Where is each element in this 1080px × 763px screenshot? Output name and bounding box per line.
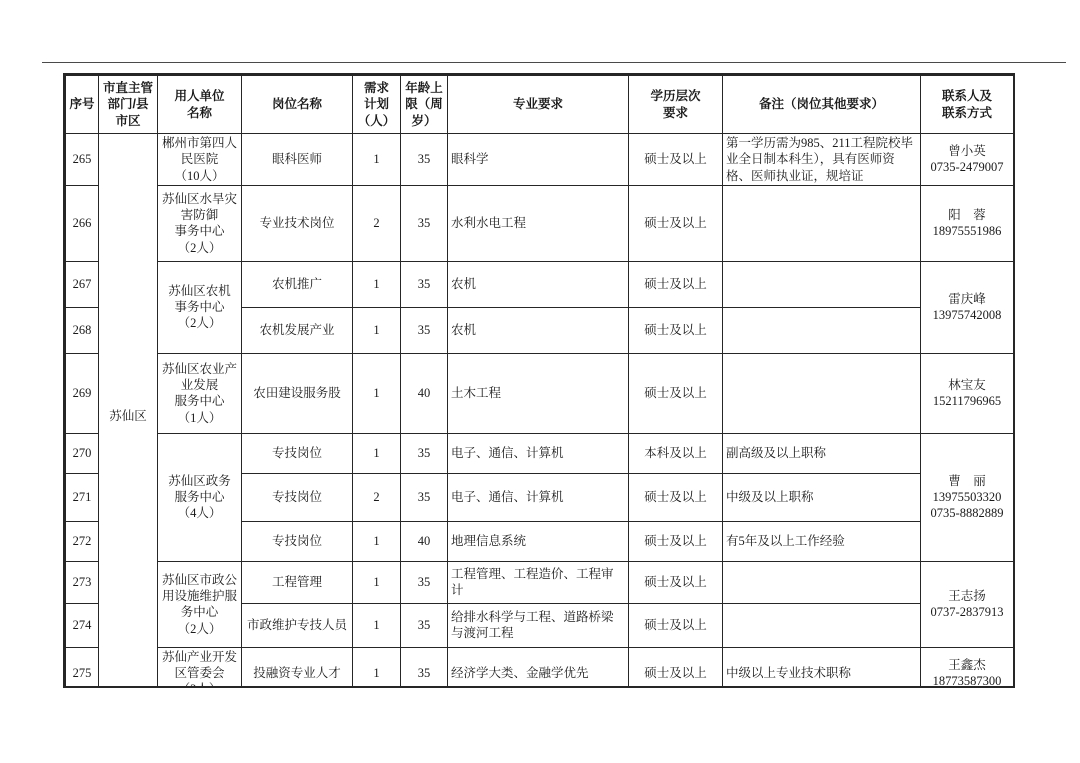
table-row: 269苏仙区农业产 业发展 服务中心 （1人）农田建设服务股140土木工程硕士及… bbox=[66, 353, 1014, 433]
cell-major: 农机 bbox=[448, 307, 629, 353]
col-header-edu: 学历层次 要求 bbox=[629, 76, 723, 134]
cell-age: 35 bbox=[401, 307, 448, 353]
cell-contact: 王鑫杰 18773587300 bbox=[921, 647, 1014, 688]
cell-position: 农机发展产业 bbox=[242, 307, 353, 353]
cell-seq: 272 bbox=[66, 521, 99, 561]
cell-major: 电子、通信、计算机 bbox=[448, 433, 629, 473]
cell-seq: 269 bbox=[66, 353, 99, 433]
cell-position: 投融资专业人才 bbox=[242, 647, 353, 688]
cell-seq: 273 bbox=[66, 561, 99, 603]
col-header-employer: 用人单位 名称 bbox=[158, 76, 242, 134]
cell-major: 地理信息系统 bbox=[448, 521, 629, 561]
header-row: 序号 市直主管 部门/县 市区 用人单位 名称 岗位名称 需求 计划 （人） 年… bbox=[66, 76, 1014, 134]
cell-plan: 2 bbox=[353, 185, 401, 261]
cell-edu: 硕士及以上 bbox=[629, 561, 723, 603]
cell-position: 工程管理 bbox=[242, 561, 353, 603]
cell-remark: 中级及以上职称 bbox=[723, 473, 921, 521]
cell-position: 专业技术岗位 bbox=[242, 185, 353, 261]
cell-plan: 2 bbox=[353, 473, 401, 521]
cell-age: 35 bbox=[401, 647, 448, 688]
cell-remark bbox=[723, 353, 921, 433]
cell-major: 水利水电工程 bbox=[448, 185, 629, 261]
cell-remark bbox=[723, 307, 921, 353]
cell-seq: 271 bbox=[66, 473, 99, 521]
cell-remark bbox=[723, 185, 921, 261]
table-header: 序号 市直主管 部门/县 市区 用人单位 名称 岗位名称 需求 计划 （人） 年… bbox=[66, 76, 1014, 134]
table-row: 270苏仙区政务 服务中心 （4人）专技岗位135电子、通信、计算机本科及以上副… bbox=[66, 433, 1014, 473]
cell-major: 给排水科学与工程、道路桥梁与渡河工程 bbox=[448, 603, 629, 647]
cell-remark: 有5年及以上工作经验 bbox=[723, 521, 921, 561]
document-page: 序号 市直主管 部门/县 市区 用人单位 名称 岗位名称 需求 计划 （人） 年… bbox=[0, 0, 1080, 763]
col-header-seq: 序号 bbox=[66, 76, 99, 134]
cell-position: 农田建设服务股 bbox=[242, 353, 353, 433]
cell-plan: 1 bbox=[353, 353, 401, 433]
col-header-age: 年龄上 限（周 岁） bbox=[401, 76, 448, 134]
cell-plan: 1 bbox=[353, 603, 401, 647]
cell-edu: 硕士及以上 bbox=[629, 521, 723, 561]
col-header-position: 岗位名称 bbox=[242, 76, 353, 134]
cell-remark: 副高级及以上职称 bbox=[723, 433, 921, 473]
cell-employer: 苏仙区市政公 用设施维护服 务中心 （2人） bbox=[158, 561, 242, 647]
cell-plan: 1 bbox=[353, 261, 401, 307]
table-row: 273苏仙区市政公 用设施维护服 务中心 （2人）工程管理135工程管理、工程造… bbox=[66, 561, 1014, 603]
col-header-plan: 需求 计划 （人） bbox=[353, 76, 401, 134]
cell-edu: 本科及以上 bbox=[629, 433, 723, 473]
cell-major: 农机 bbox=[448, 261, 629, 307]
cell-position: 眼科医师 bbox=[242, 134, 353, 186]
cell-edu: 硕士及以上 bbox=[629, 307, 723, 353]
cell-plan: 1 bbox=[353, 134, 401, 186]
cell-remark bbox=[723, 261, 921, 307]
cell-plan: 1 bbox=[353, 433, 401, 473]
cell-edu: 硕士及以上 bbox=[629, 134, 723, 186]
cell-major: 土木工程 bbox=[448, 353, 629, 433]
cell-employer: 苏仙区农业产 业发展 服务中心 （1人） bbox=[158, 353, 242, 433]
cell-seq: 268 bbox=[66, 307, 99, 353]
cell-contact: 雷庆峰 13975742008 bbox=[921, 261, 1014, 353]
cell-seq: 270 bbox=[66, 433, 99, 473]
table-row: 267苏仙区农机 事务中心 （2人）农机推广135农机硕士及以上雷庆峰 1397… bbox=[66, 261, 1014, 307]
cell-major: 工程管理、工程造价、工程审计 bbox=[448, 561, 629, 603]
cell-position: 专技岗位 bbox=[242, 521, 353, 561]
cell-age: 35 bbox=[401, 433, 448, 473]
cell-edu: 硕士及以上 bbox=[629, 353, 723, 433]
cell-employer: 苏仙区水旱灾 害防御 事务中心 （2人） bbox=[158, 185, 242, 261]
cell-remark: 中级以上专业技术职称 bbox=[723, 647, 921, 688]
cell-age: 35 bbox=[401, 134, 448, 186]
cell-contact: 王志扬 0737-2837913 bbox=[921, 561, 1014, 647]
cell-plan: 1 bbox=[353, 521, 401, 561]
cell-major: 经济学大类、金融学优先 bbox=[448, 647, 629, 688]
cell-age: 40 bbox=[401, 353, 448, 433]
cell-position: 专技岗位 bbox=[242, 433, 353, 473]
cell-contact: 林宝友 15211796965 bbox=[921, 353, 1014, 433]
cell-contact: 曹 丽 13975503320 0735-8882889 bbox=[921, 433, 1014, 561]
cell-employer: 苏仙区农机 事务中心 （2人） bbox=[158, 261, 242, 353]
cell-district: 苏仙区 bbox=[99, 134, 158, 689]
cell-seq: 266 bbox=[66, 185, 99, 261]
cell-edu: 硕士及以上 bbox=[629, 185, 723, 261]
cell-employer: 郴州市第四人 民医院 （10人） bbox=[158, 134, 242, 186]
cell-major: 眼科学 bbox=[448, 134, 629, 186]
cell-plan: 1 bbox=[353, 647, 401, 688]
recruitment-table: 序号 市直主管 部门/县 市区 用人单位 名称 岗位名称 需求 计划 （人） 年… bbox=[65, 75, 1014, 688]
cell-age: 35 bbox=[401, 603, 448, 647]
cell-age: 35 bbox=[401, 261, 448, 307]
cell-plan: 1 bbox=[353, 561, 401, 603]
cell-remark bbox=[723, 561, 921, 603]
cell-position: 农机推广 bbox=[242, 261, 353, 307]
col-header-major: 专业要求 bbox=[448, 76, 629, 134]
col-header-remark: 备注（岗位其他要求） bbox=[723, 76, 921, 134]
cell-age: 35 bbox=[401, 185, 448, 261]
cell-position: 专技岗位 bbox=[242, 473, 353, 521]
cell-contact: 曾小英 0735-2479007 bbox=[921, 134, 1014, 186]
cell-seq: 267 bbox=[66, 261, 99, 307]
recruitment-table-wrapper: 序号 市直主管 部门/县 市区 用人单位 名称 岗位名称 需求 计划 （人） 年… bbox=[63, 73, 1015, 688]
cell-seq: 265 bbox=[66, 134, 99, 186]
cell-remark: 第一学历需为985、211工程院校毕业全日制本科生），具有医师资格、医师执业证，… bbox=[723, 134, 921, 186]
table-row: 265苏仙区郴州市第四人 民医院 （10人）眼科医师135眼科学硕士及以上第一学… bbox=[66, 134, 1014, 186]
table-row: 275苏仙产业开发 区管委会 （2人）投融资专业人才135经济学大类、金融学优先… bbox=[66, 647, 1014, 688]
cell-seq: 274 bbox=[66, 603, 99, 647]
table-body: 265苏仙区郴州市第四人 民医院 （10人）眼科医师135眼科学硕士及以上第一学… bbox=[66, 134, 1014, 689]
col-header-contact: 联系人及 联系方式 bbox=[921, 76, 1014, 134]
cell-major: 电子、通信、计算机 bbox=[448, 473, 629, 521]
cell-age: 35 bbox=[401, 473, 448, 521]
cell-age: 40 bbox=[401, 521, 448, 561]
cell-employer: 苏仙区政务 服务中心 （4人） bbox=[158, 433, 242, 561]
table-row: 266苏仙区水旱灾 害防御 事务中心 （2人）专业技术岗位235水利水电工程硕士… bbox=[66, 185, 1014, 261]
cell-plan: 1 bbox=[353, 307, 401, 353]
cell-seq: 275 bbox=[66, 647, 99, 688]
cell-edu: 硕士及以上 bbox=[629, 603, 723, 647]
cell-edu: 硕士及以上 bbox=[629, 647, 723, 688]
page-top-rule bbox=[42, 62, 1066, 63]
cell-position: 市政维护专技人员 bbox=[242, 603, 353, 647]
col-header-district: 市直主管 部门/县 市区 bbox=[99, 76, 158, 134]
cell-edu: 硕士及以上 bbox=[629, 261, 723, 307]
cell-employer: 苏仙产业开发 区管委会 （2人） bbox=[158, 647, 242, 688]
cell-remark bbox=[723, 603, 921, 647]
cell-edu: 硕士及以上 bbox=[629, 473, 723, 521]
cell-contact: 阳 蓉 18975551986 bbox=[921, 185, 1014, 261]
cell-age: 35 bbox=[401, 561, 448, 603]
